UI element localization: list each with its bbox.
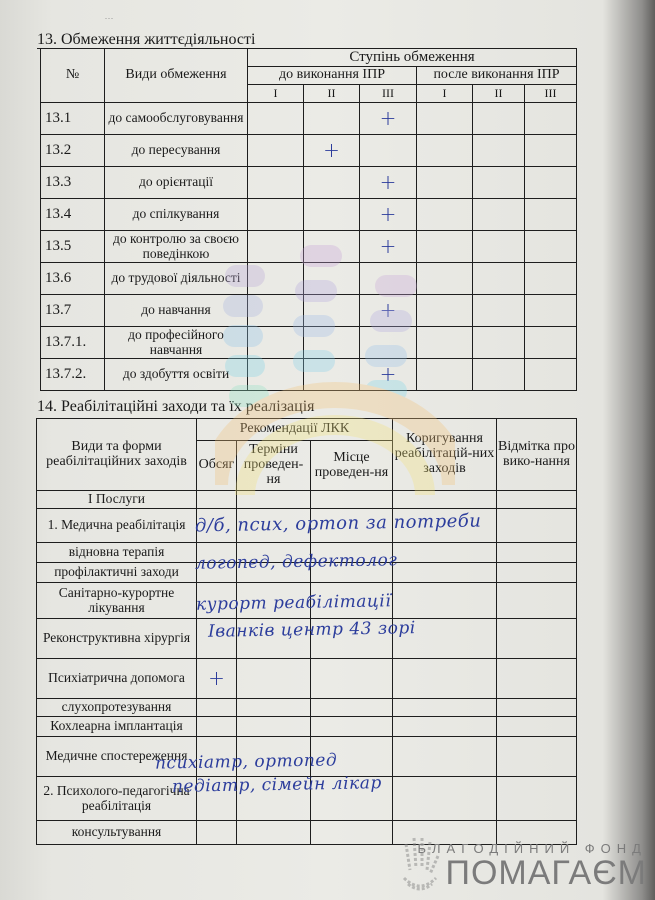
- measure-label: Кохлеарна імплантація: [37, 717, 197, 737]
- degree-cell: +: [360, 103, 417, 135]
- row-label: до орієнтації: [105, 167, 248, 199]
- measure-label: консультування: [37, 821, 197, 845]
- degree-cell: [525, 199, 577, 231]
- row-label: до самообслуговування: [105, 103, 248, 135]
- measure-label: відновна терапія: [37, 543, 197, 563]
- header-type: Види обмеження: [105, 49, 248, 103]
- header-num: №: [41, 49, 105, 103]
- table-row: I Послуги: [37, 491, 577, 509]
- row-number: 13.3: [41, 167, 105, 199]
- row-number: 13.7.1.: [41, 327, 105, 359]
- margin-scribble: ...: [105, 12, 114, 21]
- place-cell: [311, 659, 393, 699]
- degree-cell: [525, 135, 577, 167]
- done-cell: [497, 777, 577, 821]
- degree-cell: [417, 263, 473, 295]
- terms-cell: [237, 659, 311, 699]
- degree-cell: [417, 359, 473, 391]
- measure-label: Реконструктивна хірургія: [37, 619, 197, 659]
- volume-cell: [197, 717, 237, 737]
- degree-cell: [417, 199, 473, 231]
- degree-cell: [417, 327, 473, 359]
- terms-cell: [237, 717, 311, 737]
- done-cell: [497, 619, 577, 659]
- row-label: до пересування: [105, 135, 248, 167]
- done-cell: [497, 659, 577, 699]
- header-level: III: [525, 85, 577, 103]
- header-level: II: [304, 85, 360, 103]
- degree-cell: +: [360, 167, 417, 199]
- done-cell: [497, 509, 577, 543]
- degree-cell: [473, 295, 525, 327]
- degree-cell: [248, 327, 304, 359]
- handwriting-observation-1: психіатр, ортопед: [155, 750, 337, 773]
- table-row: 13.7.2.до здобуття освіти+: [41, 359, 577, 391]
- section-13-title: 13. Обмеження життєдіяльності: [37, 31, 255, 49]
- degree-cell: [248, 167, 304, 199]
- done-cell: [497, 717, 577, 737]
- row-number: 13.6: [41, 263, 105, 295]
- degree-cell: [304, 359, 360, 391]
- correction-cell: [393, 659, 497, 699]
- row-number: 13.7: [41, 295, 105, 327]
- handwriting-sanatorium-2: Іванків центр 43 зорі: [208, 618, 416, 642]
- document-page: ... 13. Обмеження життєдіяльності № Види…: [0, 0, 655, 900]
- degree-cell: [473, 327, 525, 359]
- degree-cell: [525, 295, 577, 327]
- row-number: 13.1: [41, 103, 105, 135]
- measure-label: профілактичні заходи: [37, 563, 197, 583]
- degree-cell: [473, 167, 525, 199]
- header-before: до виконання ІПР: [248, 67, 417, 85]
- degree-cell: [248, 263, 304, 295]
- volume-cell: [197, 491, 237, 509]
- header-volume: Обсяг: [197, 441, 237, 491]
- degree-cell: +: [360, 231, 417, 263]
- degree-cell: [525, 231, 577, 263]
- degree-cell: [248, 295, 304, 327]
- degree-cell: [473, 199, 525, 231]
- degree-cell: [304, 295, 360, 327]
- section-14-title: 14. Реабілітаційні заходи та їх реалізац…: [37, 398, 315, 416]
- header-level: III: [360, 85, 417, 103]
- volume-cell: [197, 699, 237, 717]
- degree-cell: [248, 199, 304, 231]
- header-done: Відмітка про вико-нання: [497, 419, 577, 491]
- row-number: 13.5: [41, 231, 105, 263]
- table-row: 13.6до трудової діяльності: [41, 263, 577, 295]
- measure-label: I Послуги: [37, 491, 197, 509]
- degree-cell: [473, 135, 525, 167]
- degree-cell: +: [360, 359, 417, 391]
- degree-cell: [304, 327, 360, 359]
- degree-cell: [248, 231, 304, 263]
- measure-label: слухопротезування: [37, 699, 197, 717]
- limitations-table: № Види обмеження Ступінь обмеження до ви…: [40, 48, 577, 391]
- foundation-logo: БЛАГОДІЙНИЙ ФОНД ПОМАГАЄМ: [417, 841, 647, 890]
- handwriting-observation-2: педіатр, сімейн лікар: [172, 773, 382, 797]
- degree-cell: [304, 167, 360, 199]
- degree-cell: [304, 199, 360, 231]
- done-cell: [497, 699, 577, 717]
- degree-cell: +: [360, 295, 417, 327]
- degree-cell: [360, 327, 417, 359]
- done-cell: [497, 737, 577, 777]
- table-row: Кохлеарна імплантація: [37, 717, 577, 737]
- degree-cell: [525, 263, 577, 295]
- degree-cell: [525, 359, 577, 391]
- row-number: 13.7.2.: [41, 359, 105, 391]
- degree-cell: [304, 263, 360, 295]
- measure-label: Санітарно-курортне лікування: [37, 583, 197, 619]
- degree-cell: [473, 359, 525, 391]
- header-correction: Коригування реабілітацій-них заходів: [393, 419, 497, 491]
- done-cell: [497, 583, 577, 619]
- table-row: 13.5до контролю за своєю поведінкою+: [41, 231, 577, 263]
- degree-cell: [473, 263, 525, 295]
- header-level: I: [248, 85, 304, 103]
- correction-cell: [393, 699, 497, 717]
- degree-cell: [417, 103, 473, 135]
- header-after: после виконання ІПР: [417, 67, 577, 85]
- correction-cell: [393, 491, 497, 509]
- correction-cell: [393, 717, 497, 737]
- row-label: до професійного навчання: [105, 327, 248, 359]
- table-row: Психіатрична допомога+: [37, 659, 577, 699]
- degree-cell: [248, 359, 304, 391]
- volume-cell: +: [197, 659, 237, 699]
- done-cell: [497, 543, 577, 563]
- row-label: до трудової діяльності: [105, 263, 248, 295]
- degree-cell: [417, 231, 473, 263]
- correction-cell: [393, 543, 497, 563]
- foundation-name: ПОМАГАЄМ: [417, 856, 647, 890]
- degree-cell: [360, 135, 417, 167]
- correction-cell: [393, 583, 497, 619]
- header-place: Місце проведен-ня: [311, 441, 393, 491]
- table-row: 13.4до спілкування+: [41, 199, 577, 231]
- correction-cell: [393, 563, 497, 583]
- degree-cell: [248, 135, 304, 167]
- terms-cell: [237, 699, 311, 717]
- place-cell: [311, 699, 393, 717]
- handwriting-restorative: логопед, дефектолог: [195, 550, 398, 574]
- degree-cell: [248, 103, 304, 135]
- volume-cell: [197, 821, 237, 845]
- header-lkk: Рекомендації ЛКК: [197, 419, 393, 441]
- handwriting-sanatorium-1: курорт реабілітації: [196, 591, 392, 614]
- place-cell: [311, 491, 393, 509]
- done-cell: [497, 563, 577, 583]
- place-cell: [311, 717, 393, 737]
- degree-cell: +: [360, 199, 417, 231]
- table-row: 13.1до самообслуговування+: [41, 103, 577, 135]
- measure-label: 1. Медична реабілітація: [37, 509, 197, 543]
- row-label: до контролю за своєю поведінкою: [105, 231, 248, 263]
- row-label: до здобуття освіти: [105, 359, 248, 391]
- row-number: 13.2: [41, 135, 105, 167]
- degree-cell: [304, 231, 360, 263]
- measure-label: Психіатрична допомога: [37, 659, 197, 699]
- done-cell: [497, 491, 577, 509]
- terms-cell: [237, 821, 311, 845]
- degree-cell: [473, 103, 525, 135]
- table-row: слухопротезування: [37, 699, 577, 717]
- header-types: Види та форми реабілітаційних заходів: [37, 419, 197, 491]
- degree-cell: [417, 135, 473, 167]
- table-row: 13.7.1.до професійного навчання: [41, 327, 577, 359]
- degree-cell: [473, 231, 525, 263]
- degree-cell: [417, 295, 473, 327]
- correction-cell: [393, 737, 497, 777]
- place-cell: [311, 821, 393, 845]
- degree-cell: +: [304, 135, 360, 167]
- correction-cell: [393, 777, 497, 821]
- row-number: 13.4: [41, 199, 105, 231]
- degree-cell: [525, 103, 577, 135]
- row-label: до навчання: [105, 295, 248, 327]
- header-degree: Ступінь обмеження: [248, 49, 577, 67]
- header-terms: Терміни проведен-ня: [237, 441, 311, 491]
- terms-cell: [237, 491, 311, 509]
- table-row: 13.7до навчання+: [41, 295, 577, 327]
- degree-cell: [417, 167, 473, 199]
- degree-cell: [360, 263, 417, 295]
- table-row: 13.3до орієнтації+: [41, 167, 577, 199]
- header-level: I: [417, 85, 473, 103]
- table-row: 13.2до пересування+: [41, 135, 577, 167]
- degree-cell: [525, 167, 577, 199]
- degree-cell: [304, 103, 360, 135]
- row-label: до спілкування: [105, 199, 248, 231]
- header-level: II: [473, 85, 525, 103]
- degree-cell: [525, 327, 577, 359]
